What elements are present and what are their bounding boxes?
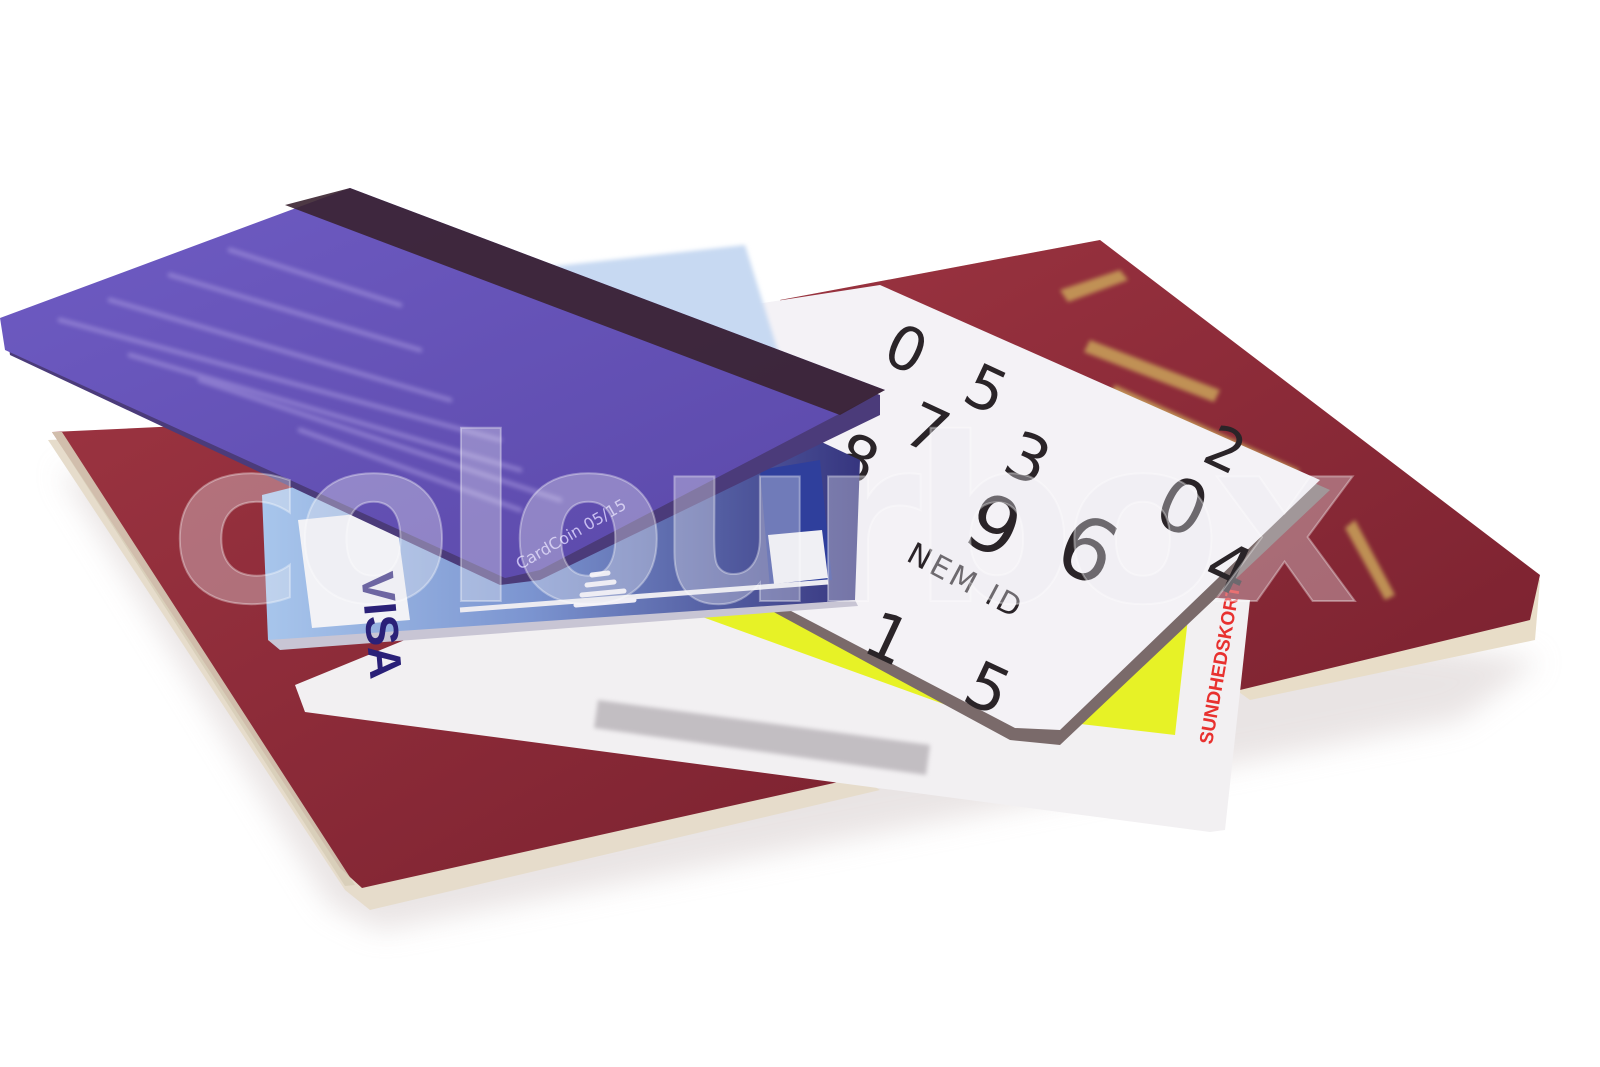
- visa-logo: VISA: [351, 570, 412, 681]
- photo-scene: SUNDHEDSKORT 0 5 3 7 8 9 6 0 2 4 1 5 NEM…: [0, 0, 1600, 1067]
- photo-illustration: SUNDHEDSKORT 0 5 3 7 8 9 6 0 2 4 1 5 NEM…: [0, 0, 1600, 1067]
